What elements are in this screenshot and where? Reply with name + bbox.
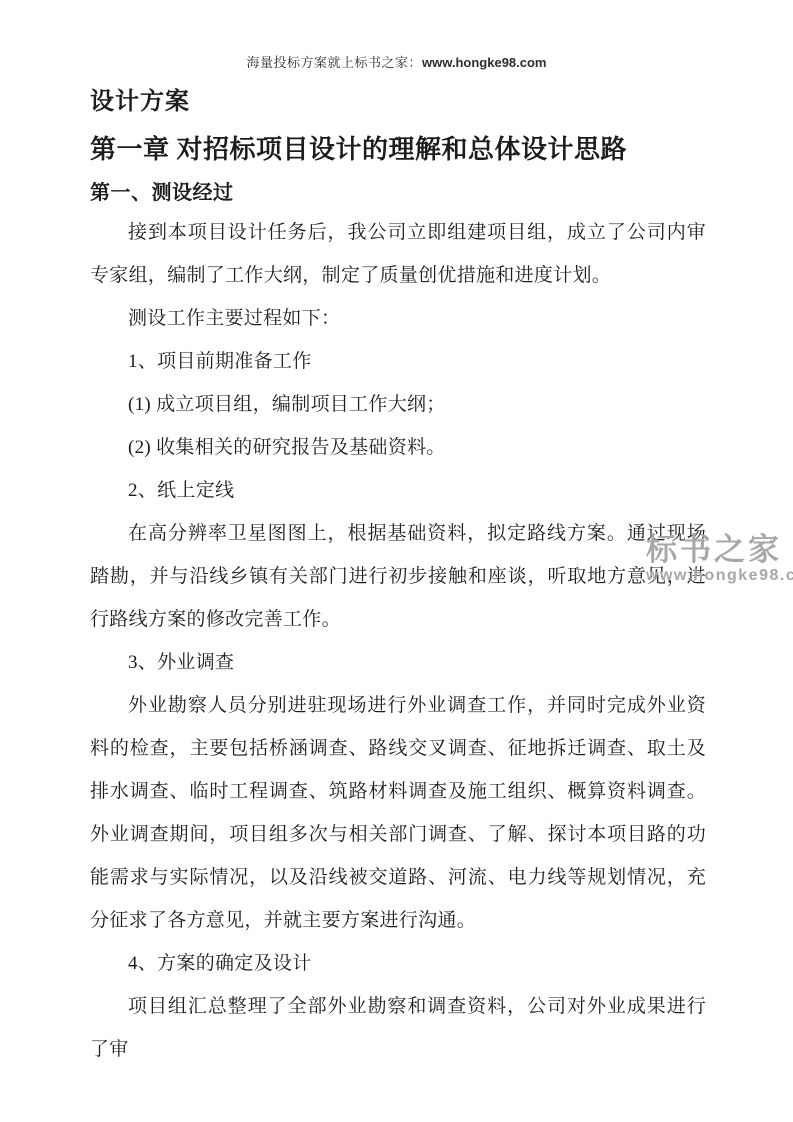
header-site-url: www.hongke98.com — [422, 55, 547, 70]
paragraph-list-item: (2) 收集相关的研究报告及基础资料。 — [90, 426, 706, 469]
paragraph-list-item: (1) 成立项目组，编制项目工作大纲； — [90, 383, 706, 426]
header-site-label: 海量投标方案就上标书之家： — [246, 55, 422, 70]
chapter-heading: 第一章 对招标项目设计的理解和总体设计思路 — [90, 134, 706, 167]
paragraph-body: 项目组汇总整理了全部外业勘察和调查资料，公司对外业成果进行了审 — [90, 985, 706, 1071]
section-heading: 第一、测设经过 — [90, 180, 706, 206]
document-title: 设计方案 — [90, 88, 706, 117]
paragraph-list-item: 4、方案的确定及设计 — [90, 942, 706, 985]
paragraph-list-item: 2、纸上定线 — [90, 469, 706, 512]
paragraph-body: 接到本项目设计任务后，我公司立即组建项目组，成立了公司内审专家组，编制了工作大纲… — [90, 211, 706, 297]
paragraphs-container: 接到本项目设计任务后，我公司立即组建项目组，成立了公司内审专家组，编制了工作大纲… — [90, 211, 706, 1071]
page-header: 海量投标方案就上标书之家：www.hongke98.com — [0, 52, 793, 71]
document-body: 设计方案 第一章 对招标项目设计的理解和总体设计思路 第一、测设经过 接到本项目… — [90, 88, 706, 1071]
paragraph-body: 外业勘察人员分别进驻现场进行外业调查工作，并同时完成外业资料的检查，主要包括桥涵… — [90, 684, 706, 942]
paragraph-body: 在高分辨率卫星图图上，根据基础资料，拟定路线方案。通过现场踏勘，并与沿线乡镇有关… — [90, 512, 706, 641]
document-page: 海量投标方案就上标书之家：www.hongke98.com 设计方案 第一章 对… — [0, 0, 793, 1122]
paragraph-body: 测设工作主要过程如下： — [90, 297, 706, 340]
paragraph-list-item: 3、外业调查 — [90, 641, 706, 684]
paragraph-list-item: 1、项目前期准备工作 — [90, 340, 706, 383]
